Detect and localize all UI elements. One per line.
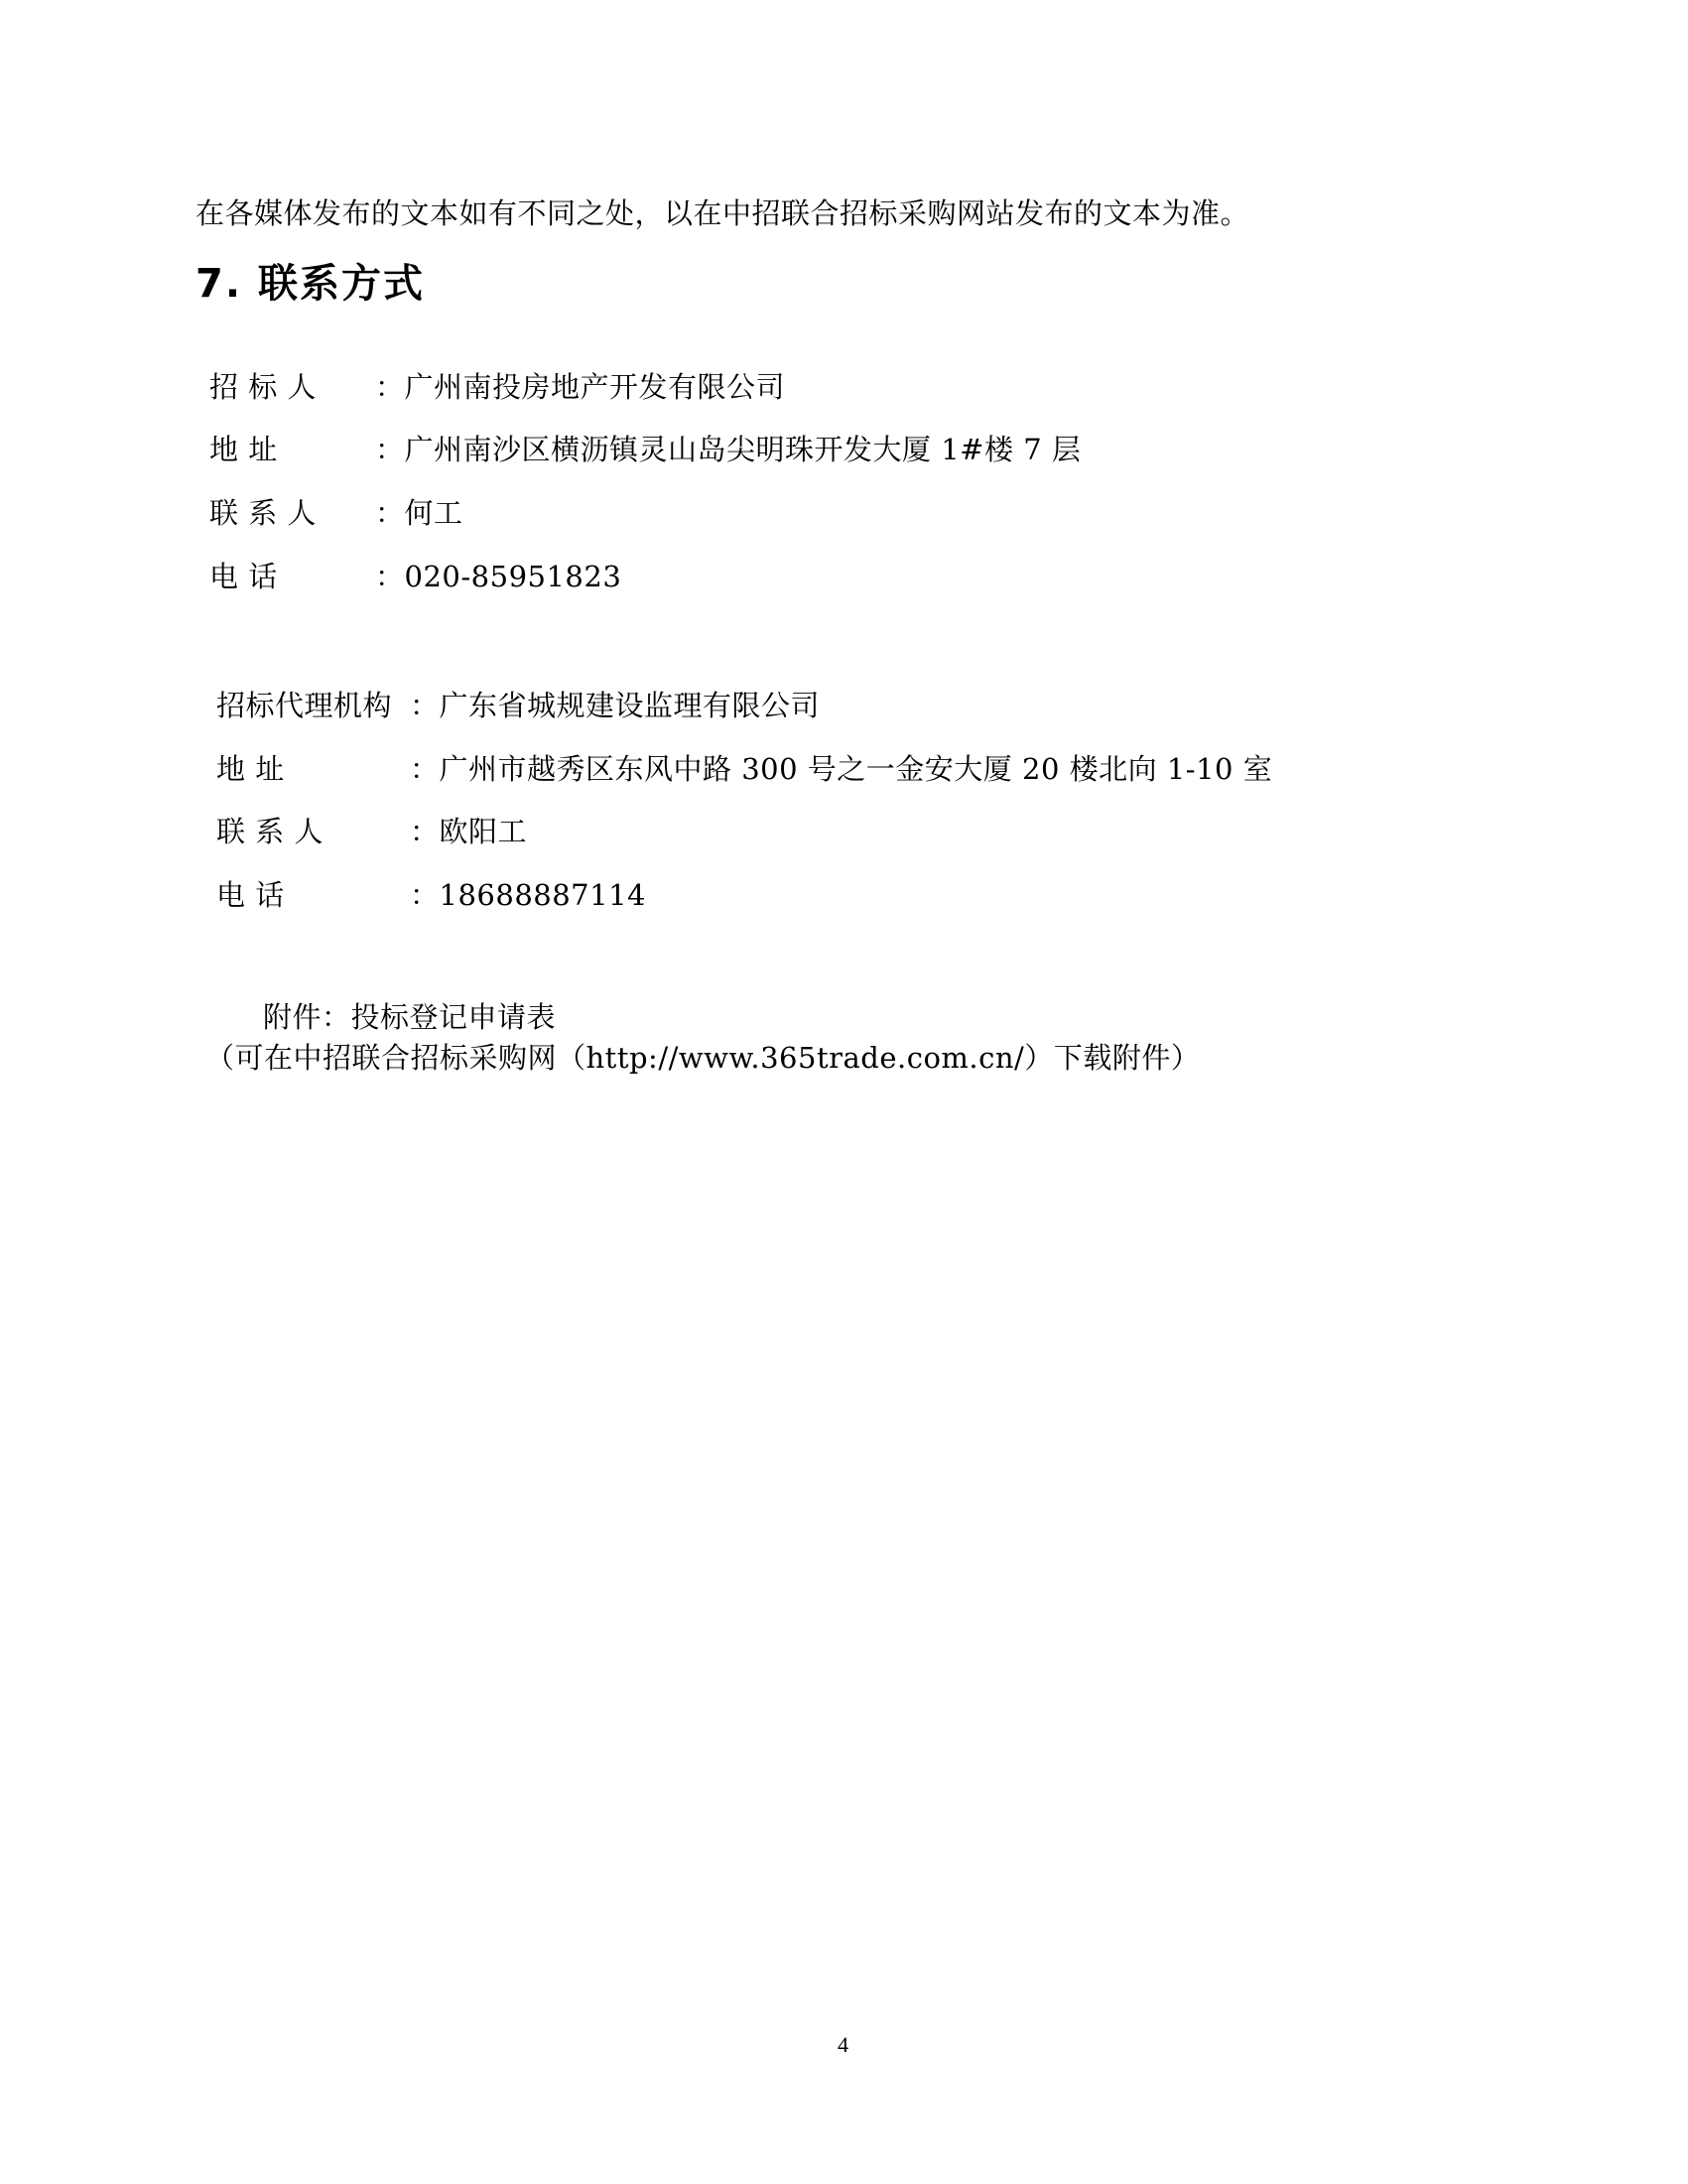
tenderer-contact-row: 联 系 人：何工 — [209, 495, 463, 531]
tenderer-phone-value: 020-85951823 — [405, 560, 622, 593]
document-page: 在各媒体发布的文本如有不同之处，以在中招联合招标采购网站发布的文本为准。 7. … — [0, 0, 1688, 2184]
tenderer-phone-row: 电 话：020-85951823 — [209, 559, 621, 594]
agency-phone-row: 电 话：18688887114 — [216, 877, 646, 913]
colon: ： — [375, 495, 405, 531]
colon: ： — [375, 369, 405, 405]
agency-name-value: 广东省城规建设监理有限公司 — [440, 689, 821, 722]
tenderer-name-row: 招 标 人：广州南投房地产开发有限公司 — [209, 369, 785, 405]
tenderer-contact-value: 何工 — [405, 496, 463, 530]
attachment-download-note: （可在中招联合招标采购网（http://www.365trade.com.cn/… — [205, 1040, 1200, 1076]
agency-phone-value: 18688887114 — [440, 878, 646, 912]
field-label: 地 址 — [209, 432, 375, 467]
colon: ： — [410, 688, 440, 723]
field-label: 招 标 人 — [209, 369, 375, 405]
section-heading: 7. 联系方式 — [195, 260, 425, 308]
field-label: 地 址 — [216, 751, 410, 787]
tenderer-address-row: 地 址：广州南沙区横沥镇灵山岛尖明珠开发大厦 1#楼 7 层 — [209, 432, 1081, 467]
agency-name-row: 招标代理机构：广东省城规建设监理有限公司 — [216, 688, 820, 723]
colon: ： — [410, 751, 440, 787]
field-label: 招标代理机构 — [216, 688, 410, 723]
field-label: 电 话 — [209, 559, 375, 594]
agency-address-value: 广州市越秀区东风中路 300 号之一金安大厦 20 楼北向 1-10 室 — [440, 752, 1273, 786]
tenderer-name-value: 广州南投房地产开发有限公司 — [405, 370, 786, 404]
field-label: 联 系 人 — [209, 495, 375, 531]
colon: ： — [375, 432, 405, 467]
agency-address-row: 地 址：广州市越秀区东风中路 300 号之一金安大厦 20 楼北向 1-10 室 — [216, 751, 1272, 787]
tenderer-address-value: 广州南沙区横沥镇灵山岛尖明珠开发大厦 1#楼 7 层 — [405, 433, 1082, 466]
agency-contact-value: 欧阳工 — [440, 815, 528, 848]
colon: ： — [410, 877, 440, 913]
page-number: 4 — [838, 2032, 848, 2058]
attachment-label: 附件：投标登记申请表 — [263, 999, 556, 1035]
colon: ： — [375, 559, 405, 594]
colon: ： — [410, 814, 440, 849]
intro-paragraph: 在各媒体发布的文本如有不同之处，以在中招联合招标采购网站发布的文本为准。 — [195, 195, 1249, 231]
agency-contact-row: 联 系 人：欧阳工 — [216, 814, 527, 849]
field-label: 联 系 人 — [216, 814, 410, 849]
field-label: 电 话 — [216, 877, 410, 913]
